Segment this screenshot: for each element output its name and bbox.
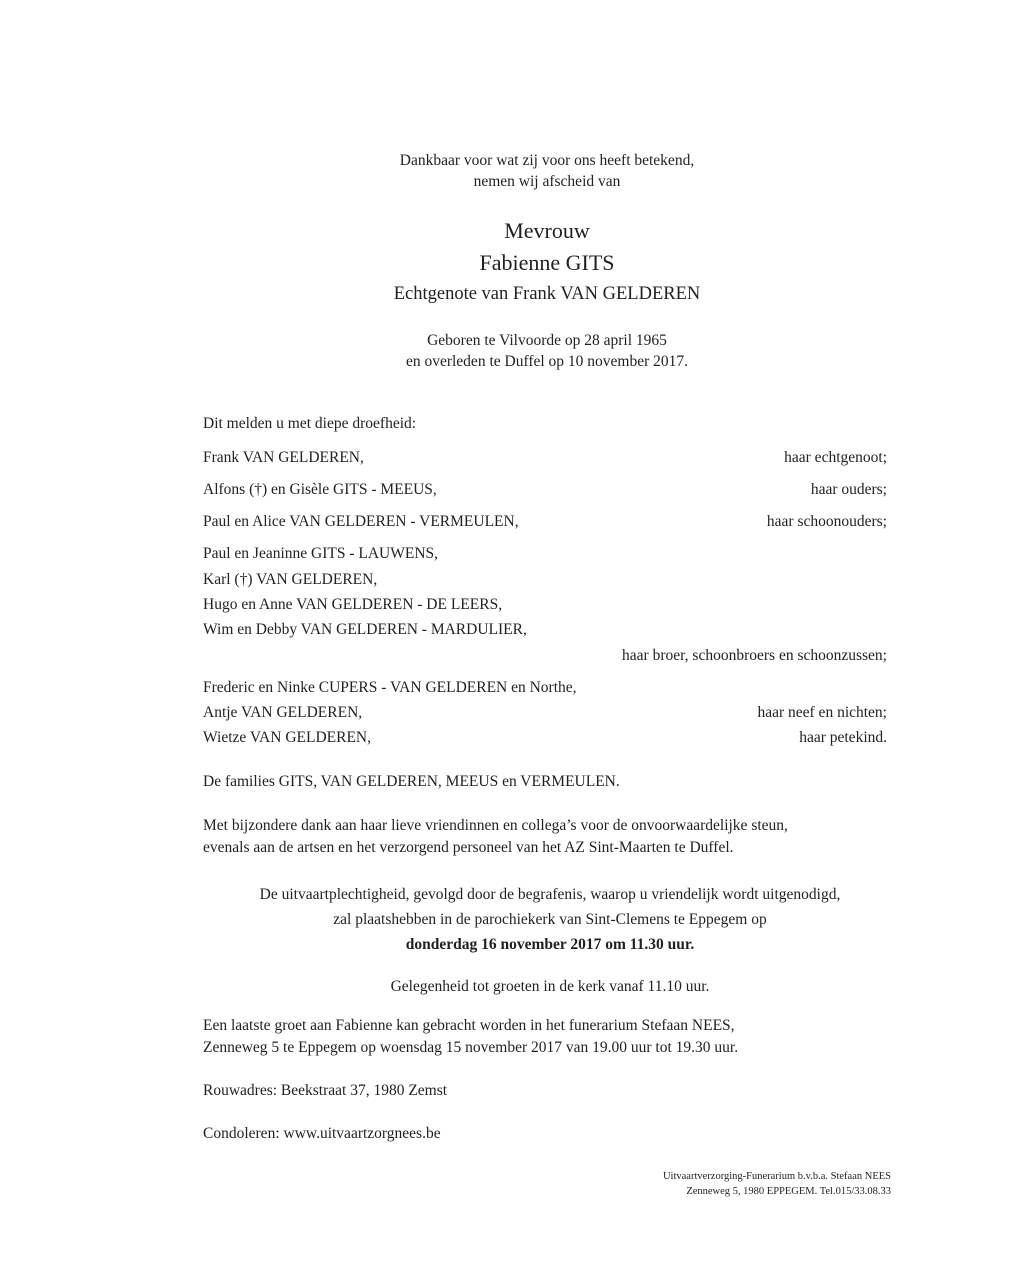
families-line: De families GITS, VAN GELDEREN, MEEUS en… [203, 773, 887, 793]
family-name: Paul en Alice VAN GELDEREN - VERMEULEN, [203, 513, 519, 531]
families-text: De families GITS, VAN GELDEREN, MEEUS en… [203, 773, 620, 791]
thanks-paragraph: Met bijzondere dank aan haar lieve vrien… [203, 815, 903, 859]
family-row: Alfons (†) en Gisèle GITS - MEEUS, haar … [203, 481, 887, 501]
funeral-home-footer: Uitvaartverzorging-Funerarium b.v.b.a. S… [663, 1169, 891, 1199]
sibling-row: Wim en Debby VAN GELDEREN - MARDULIER, [203, 621, 887, 641]
ceremony-date: donderdag 16 november 2017 om 11.30 uur. [200, 932, 900, 957]
sibling-row: Karl (†) VAN GELDEREN, [203, 571, 887, 591]
family-relation: haar ouders; [811, 481, 887, 499]
family-row: Paul en Alice VAN GELDEREN - VERMEULEN, … [203, 513, 887, 533]
nephew-row: Frederic en Ninke CUPERS - VAN GELDEREN … [203, 679, 887, 699]
sibling-row: Paul en Jeaninne GITS - LAUWENS, [203, 545, 887, 565]
ceremony-paragraph: De uitvaartplechtigheid, gevolgd door de… [200, 882, 900, 957]
nephew-name: Wietze VAN GELDEREN, [203, 729, 371, 747]
sibling-name: Wim en Debby VAN GELDEREN - MARDULIER, [203, 621, 527, 639]
greeting-line: Gelegenheid tot groeten in de kerk vanaf… [200, 974, 900, 999]
intro-line: nemen wij afscheid van [0, 171, 1024, 192]
family-name: Alfons (†) en Gisèle GITS - MEEUS, [203, 481, 437, 499]
nephew-name: Frederic en Ninke CUPERS - VAN GELDEREN … [203, 679, 577, 697]
footer-line: Uitvaartverzorging-Funerarium b.v.b.a. S… [663, 1169, 891, 1184]
spouse-line: Echtgenote van Frank VAN GELDEREN [0, 284, 1024, 305]
deceased-name: Fabienne GITS [0, 250, 1024, 276]
family-relation: haar schoonouders; [767, 513, 887, 531]
announce-line: Dit melden u met diepe droefheid: [203, 415, 887, 435]
nephew-row: Wietze VAN GELDEREN, haar petekind. [203, 729, 887, 749]
ceremony-line: De uitvaartplechtigheid, gevolgd door de… [200, 882, 900, 907]
last-greeting-paragraph: Een laatste groet aan Fabienne kan gebra… [203, 1015, 903, 1059]
nephew-relation: haar neef en nichten; [757, 704, 887, 722]
family-row: Frank VAN GELDEREN, haar echtgenoot; [203, 449, 887, 469]
born-line: Geboren te Vilvoorde op 28 april 1965 [0, 330, 1024, 351]
intro-line: Dankbaar voor wat zij voor ons heeft bet… [0, 150, 1024, 171]
thanks-line: evenals aan de artsen en het verzorgend … [203, 837, 903, 859]
sibling-relation-row: haar broer, schoonbroers en schoonzussen… [203, 647, 887, 667]
nephew-relation: haar petekind. [799, 729, 887, 747]
last-greeting-line: Zenneweg 5 te Eppegem op woensdag 15 nov… [203, 1037, 903, 1059]
sibling-name: Paul en Jeaninne GITS - LAUWENS, [203, 545, 438, 563]
sibling-name: Karl (†) VAN GELDEREN, [203, 571, 377, 589]
ceremony-line: zal plaatshebben in de parochiekerk van … [200, 907, 900, 932]
sibling-row: Hugo en Anne VAN GELDEREN - DE LEERS, [203, 596, 887, 616]
nephew-name: Antje VAN GELDEREN, [203, 704, 362, 722]
condolences-line: Condoleren: www.uitvaartzorgnees.be [203, 1123, 903, 1145]
thanks-line: Met bijzondere dank aan haar lieve vrien… [203, 815, 903, 837]
announce-text: Dit melden u met diepe droefheid: [203, 415, 416, 433]
sibling-name: Hugo en Anne VAN GELDEREN - DE LEERS, [203, 596, 502, 614]
sibling-relation: haar broer, schoonbroers en schoonzussen… [622, 647, 887, 665]
family-name: Frank VAN GELDEREN, [203, 449, 364, 467]
last-greeting-line: Een laatste groet aan Fabienne kan gebra… [203, 1015, 903, 1037]
family-relation: haar echtgenoot; [784, 449, 887, 467]
mourning-address: Rouwadres: Beekstraat 37, 1980 Zemst [203, 1080, 903, 1102]
intro-text: Dankbaar voor wat zij voor ons heeft bet… [0, 150, 1024, 192]
footer-line: Zenneweg 5, 1980 EPPEGEM. Tel.015/33.08.… [663, 1184, 891, 1199]
deceased-title: Mevrouw [0, 218, 1024, 244]
died-line: en overleden te Duffel op 10 november 20… [0, 351, 1024, 372]
nephew-row: Antje VAN GELDEREN, haar neef en nichten… [203, 704, 887, 724]
birth-death-info: Geboren te Vilvoorde op 28 april 1965 en… [0, 330, 1024, 372]
